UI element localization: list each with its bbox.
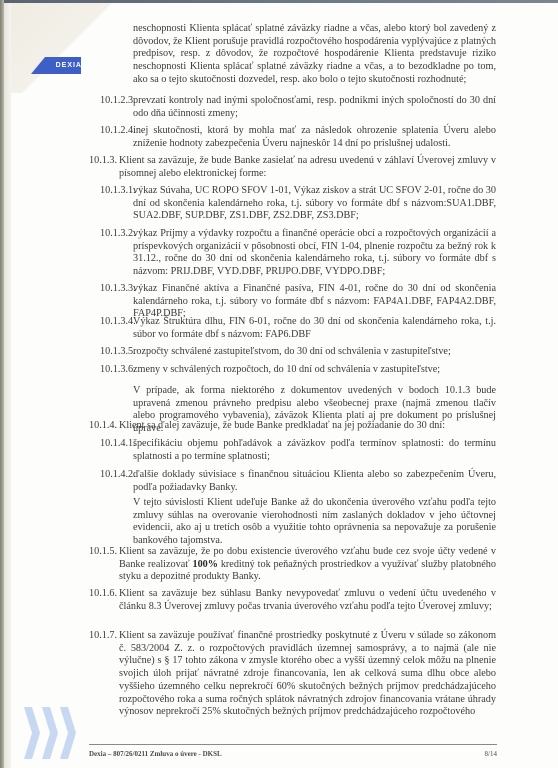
clause-text: výkaz Príjmy a výdavky rozpočtu a finanč… [133,228,496,279]
clause-text: zmeny v schválených rozpočtoch, do 10 dn… [133,364,496,377]
clause-text-bold: 100% [192,559,217,570]
clause-number: 10.1.4. [89,420,117,433]
clause-text: Výkaz Štruktúra dlhu, FIN 6-01, ročne do… [133,316,496,341]
clause-text: špecifikáciu objemu pohľadávok a záväzko… [133,438,496,463]
clause-text: Klient sa zaväzuje bez súhlasu Banky nev… [119,588,496,613]
clause-number: 10.1.3.4. [100,316,136,329]
clause-text: rozpočty schválené zastupiteľstvom, do 3… [133,346,496,359]
clause-number: 10.1.7. [89,630,117,643]
clause-number: 10.1.6. [89,588,117,601]
document-page: neschopnosti Klienta splácať splatné záv… [0,0,558,768]
clause-number: 10.1.3. [89,155,117,168]
clause-number: 10.1.5. [89,546,117,559]
paragraph-continuation: neschopnosti Klienta splácať splatné záv… [133,23,496,87]
clause-text: Klient sa ďalej zaväzuje, že bude Banke … [119,420,496,433]
clause-text: Klient sa zaväzuje, že bude Banke zasiel… [119,155,496,180]
clause-text: inej skutočnosti, ktorá by mohla mať za … [133,125,496,150]
clause-text: ďalšie doklady súvisiace s finančnou sit… [133,469,496,494]
clause-number: 10.1.3.2. [100,228,136,241]
clause-number: 10.1.3.1. [100,185,136,198]
clause-number: 10.1.2.4. [100,125,136,138]
footer-document-id: Dexia – 807/26/0211 Zmluva o úvere - DKS… [89,748,222,761]
page-number: 8/14 [478,748,497,761]
clause-number: 10.1.3.6. [100,364,136,377]
clause-number: 10.1.4.2. [100,469,136,482]
clause-number: 10.1.3.3. [100,283,136,296]
clause-number: 10.1.2.3. [100,95,136,108]
footer-divider [89,744,497,745]
clause-text: výkaz Súvaha, UC ROPO SFOV 1-01, Výkaz z… [133,185,496,223]
clause-text: Klient sa zaväzuje, že po dobu existenci… [119,546,496,584]
clause-text: prevzatí kontroly nad inými spoločnosťam… [133,95,496,120]
clause-text: Klient sa zaväzuje používať finančné pro… [119,630,496,719]
note-paragraph: V tejto súvislosti Klient udeľuje Banke … [133,497,496,548]
clause-number: 10.1.3.5. [100,346,136,359]
clause-number: 10.1.4.1. [100,438,136,451]
